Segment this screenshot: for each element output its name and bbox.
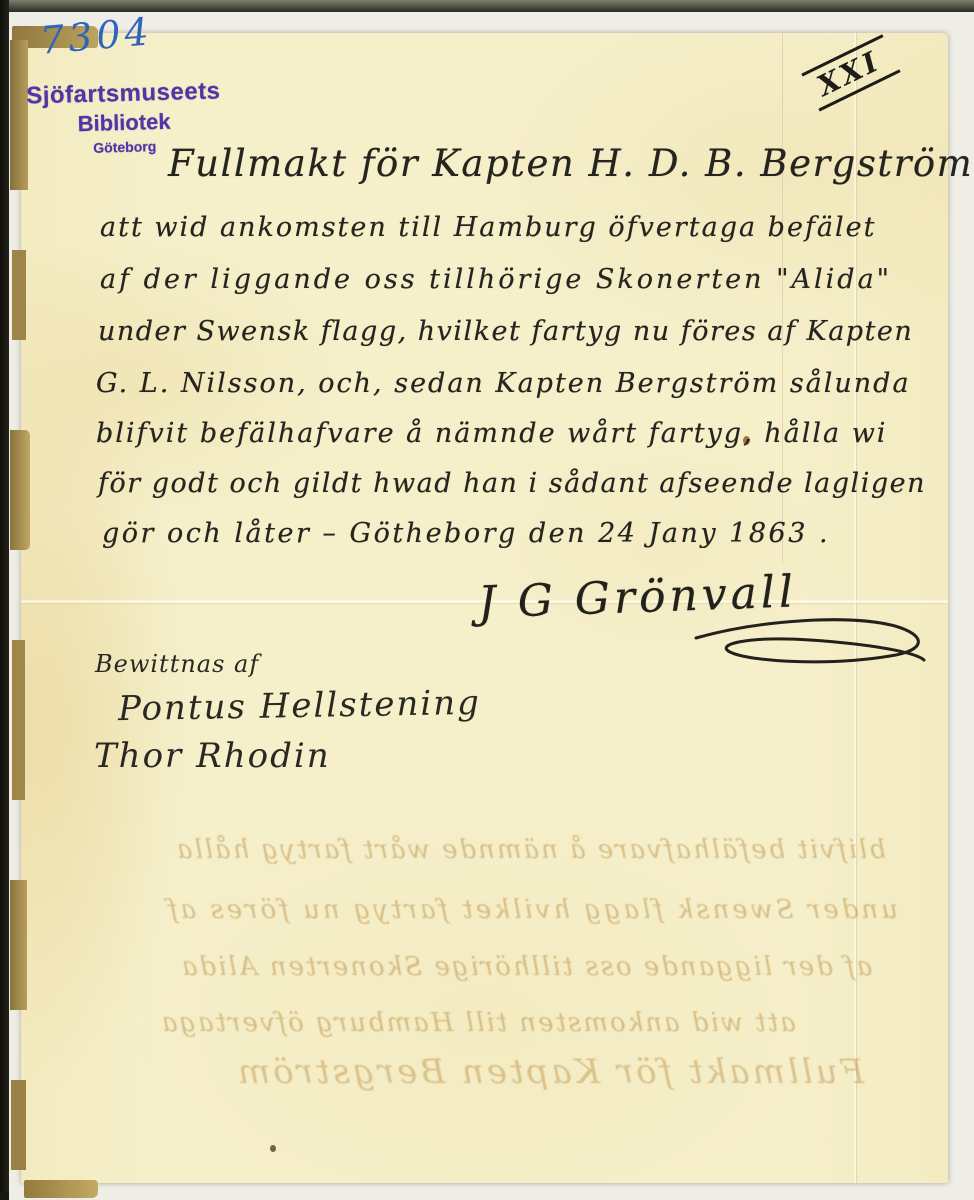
letter-line: blifvit befälhafvare å nämnde wårt farty… bbox=[96, 418, 887, 449]
letter-line: Fullmakt för Kapten H. D. B. Bergström bbox=[168, 142, 973, 185]
ink-bleedthrough-line: under Swensk flagg hvilket fartyg nu för… bbox=[165, 895, 898, 925]
witness-signature: Pontus Hellstening bbox=[118, 683, 482, 729]
ink-bleedthrough-line: Fullmakt för Kapten Bergström bbox=[235, 1052, 864, 1092]
signature-flourish bbox=[690, 596, 930, 676]
scanned-document: 7304 Sjöfartsmuseets Bibliotek Göteborg … bbox=[0, 0, 974, 1200]
letter-line: att wid ankomsten till Hamburg öfvertaga… bbox=[100, 212, 877, 243]
stamp-line-2: Bibliotek bbox=[26, 107, 223, 138]
letter-line: af der liggande oss tillhörige Skonerten… bbox=[100, 264, 892, 295]
ink-speck bbox=[270, 1145, 276, 1152]
torn-binding-edge bbox=[10, 430, 30, 550]
torn-binding-edge bbox=[12, 640, 25, 800]
ink-bleedthrough-line: blifvit befälhafvare å nämnde wårt farty… bbox=[175, 835, 886, 865]
stamp-line-1: Sjöfartsmuseets bbox=[25, 77, 222, 110]
torn-binding-edge bbox=[24, 1180, 98, 1198]
torn-binding-edge bbox=[10, 880, 27, 1010]
letter-line: under Swensk flagg, hvilket fartyg nu fö… bbox=[98, 316, 913, 347]
witness-signature: Thor Rhodin bbox=[94, 736, 331, 776]
ink-bleedthrough-line: af der liggande oss tillhörige Skonerten… bbox=[180, 952, 872, 982]
letter-line: G. L. Nilsson, och, sedan Kapten Bergstr… bbox=[96, 368, 911, 399]
scanner-edge-left bbox=[0, 0, 9, 1192]
witness-heading: Bewittnas af bbox=[95, 650, 259, 678]
letter-line: för godt och gildt hwad han i sådant afs… bbox=[98, 468, 926, 499]
torn-binding-edge bbox=[11, 1080, 26, 1170]
letter-line: gör och låter – Götheborg den 24 Jany 18… bbox=[102, 518, 830, 549]
ink-bleedthrough-line: att wid ankomsten till Hamburg öfvertaga bbox=[160, 1008, 796, 1038]
torn-binding-edge bbox=[12, 250, 26, 340]
